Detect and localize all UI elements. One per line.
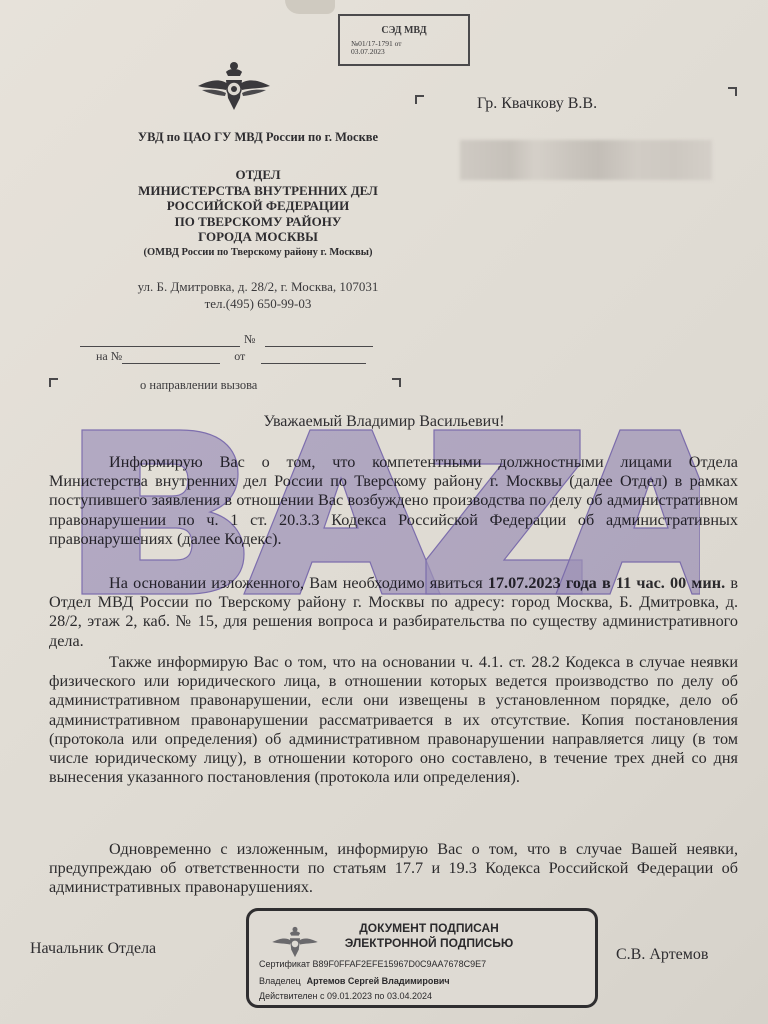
reply-to-label: на № xyxy=(96,349,122,364)
esig-heading-line1: ДОКУМЕНТ ПОДПИСАН xyxy=(309,921,549,935)
mvd-eagle-emblem-icon xyxy=(196,60,272,112)
summons-text-start: На основании изложенного, Вам необходимо… xyxy=(109,574,488,592)
organization-name: ОТДЕЛ МИНИСТЕРСТВА ВНУТРЕННИХ ДЕЛ РОССИЙ… xyxy=(48,167,468,260)
esig-validity: Действителен с 09.01.2023 по 03.04.2024 xyxy=(259,991,432,1002)
corner-mark xyxy=(392,378,401,387)
org-line: ПО ТВЕРСКОМУ РАЙОНУ xyxy=(48,214,468,230)
owner-label: Владелец xyxy=(259,976,301,986)
org-line: РОССИЙСКОЙ ФЕДЕРАЦИИ xyxy=(48,198,468,214)
org-line: ГОРОДА МОСКВЫ xyxy=(48,229,468,245)
paragraph-text: Информирую Вас о том, что компетентными … xyxy=(49,453,738,549)
paragraph-text: Одновременно с изложенным, информирую Ва… xyxy=(49,840,738,898)
esig-heading-line2: ЭЛЕКТРОННОЙ ПОДПИСЬЮ xyxy=(309,936,549,950)
org-contacts: ул. Б. Дмитровка, д. 28/2, г. Москва, 10… xyxy=(48,278,468,312)
outgoing-registration-fields: № на № от xyxy=(80,330,410,364)
stamp-title: СЭД МВД xyxy=(340,26,468,36)
number-label: № xyxy=(244,332,255,347)
esig-certificate: Сертификат B89F0FFAF2EFE15967D0C9AA7678C… xyxy=(259,959,486,970)
org-address: ул. Б. Дмитровка, д. 28/2, г. Москва, 10… xyxy=(48,278,468,295)
corner-mark xyxy=(415,95,424,104)
summons-datetime: 17.07.2023 года в 11 час. 00 мин. xyxy=(488,574,725,592)
stamp-date: 03.07.2023 xyxy=(351,48,468,56)
paragraph-text: Также информирую Вас о том, что на основ… xyxy=(49,653,738,787)
greeting: Уважаемый Владимир Васильевич! xyxy=(0,413,768,431)
signatory-name: С.В. Артемов xyxy=(616,946,708,964)
paragraph-summons: На основании изложенного, Вам необходимо… xyxy=(49,574,738,651)
date-blank xyxy=(80,334,240,347)
corner-mark xyxy=(49,378,58,387)
owner-value: Артемов Сергей Владимирович xyxy=(307,976,450,986)
org-phone: тел.(495) 650-99-03 xyxy=(48,295,468,312)
number-blank xyxy=(265,334,373,347)
from-date-blank xyxy=(261,351,366,364)
org-line: МИНИСТЕРСТВА ВНУТРЕННИХ ДЕЛ xyxy=(48,183,468,199)
org-line: ОТДЕЛ xyxy=(48,167,468,183)
recipient-name: Гр. Квачкову В.В. xyxy=(477,95,597,113)
paper-scrap xyxy=(285,0,335,14)
redacted-recipient-address xyxy=(460,140,712,180)
from-label: от xyxy=(234,349,245,364)
paragraph-absence-notice: Также информирую Вас о том, что на основ… xyxy=(49,653,738,787)
paragraph-liability-warning: Одновременно с изложенным, информирую Ва… xyxy=(49,840,738,898)
parent-organization: УВД по ЦАО ГУ МВД России по г. Москве xyxy=(48,130,468,145)
signatory-position: Начальник Отдела xyxy=(30,940,156,958)
certificate-value: B89F0FFAF2EFE15967D0C9AA7678C9E7 xyxy=(312,959,486,969)
paragraph-case-info: Информирую Вас о том, что компетентными … xyxy=(49,453,738,549)
org-short-name: (ОМВД России по Тверскому району г. Моск… xyxy=(48,245,468,261)
certificate-label: Сертификат xyxy=(259,959,310,969)
esig-owner: ВладелецАртемов Сергей Владимирович xyxy=(259,976,450,987)
corner-mark xyxy=(728,87,737,96)
registration-stamp: СЭД МВД №01/17-1791 от 03.07.2023 xyxy=(338,14,470,66)
electronic-signature-stamp: ДОКУМЕНТ ПОДПИСАН ЭЛЕКТРОННОЙ ПОДПИСЬЮ С… xyxy=(246,908,598,1008)
reply-number-blank xyxy=(122,351,220,364)
letter-subject: о направлении вызова xyxy=(140,378,257,393)
